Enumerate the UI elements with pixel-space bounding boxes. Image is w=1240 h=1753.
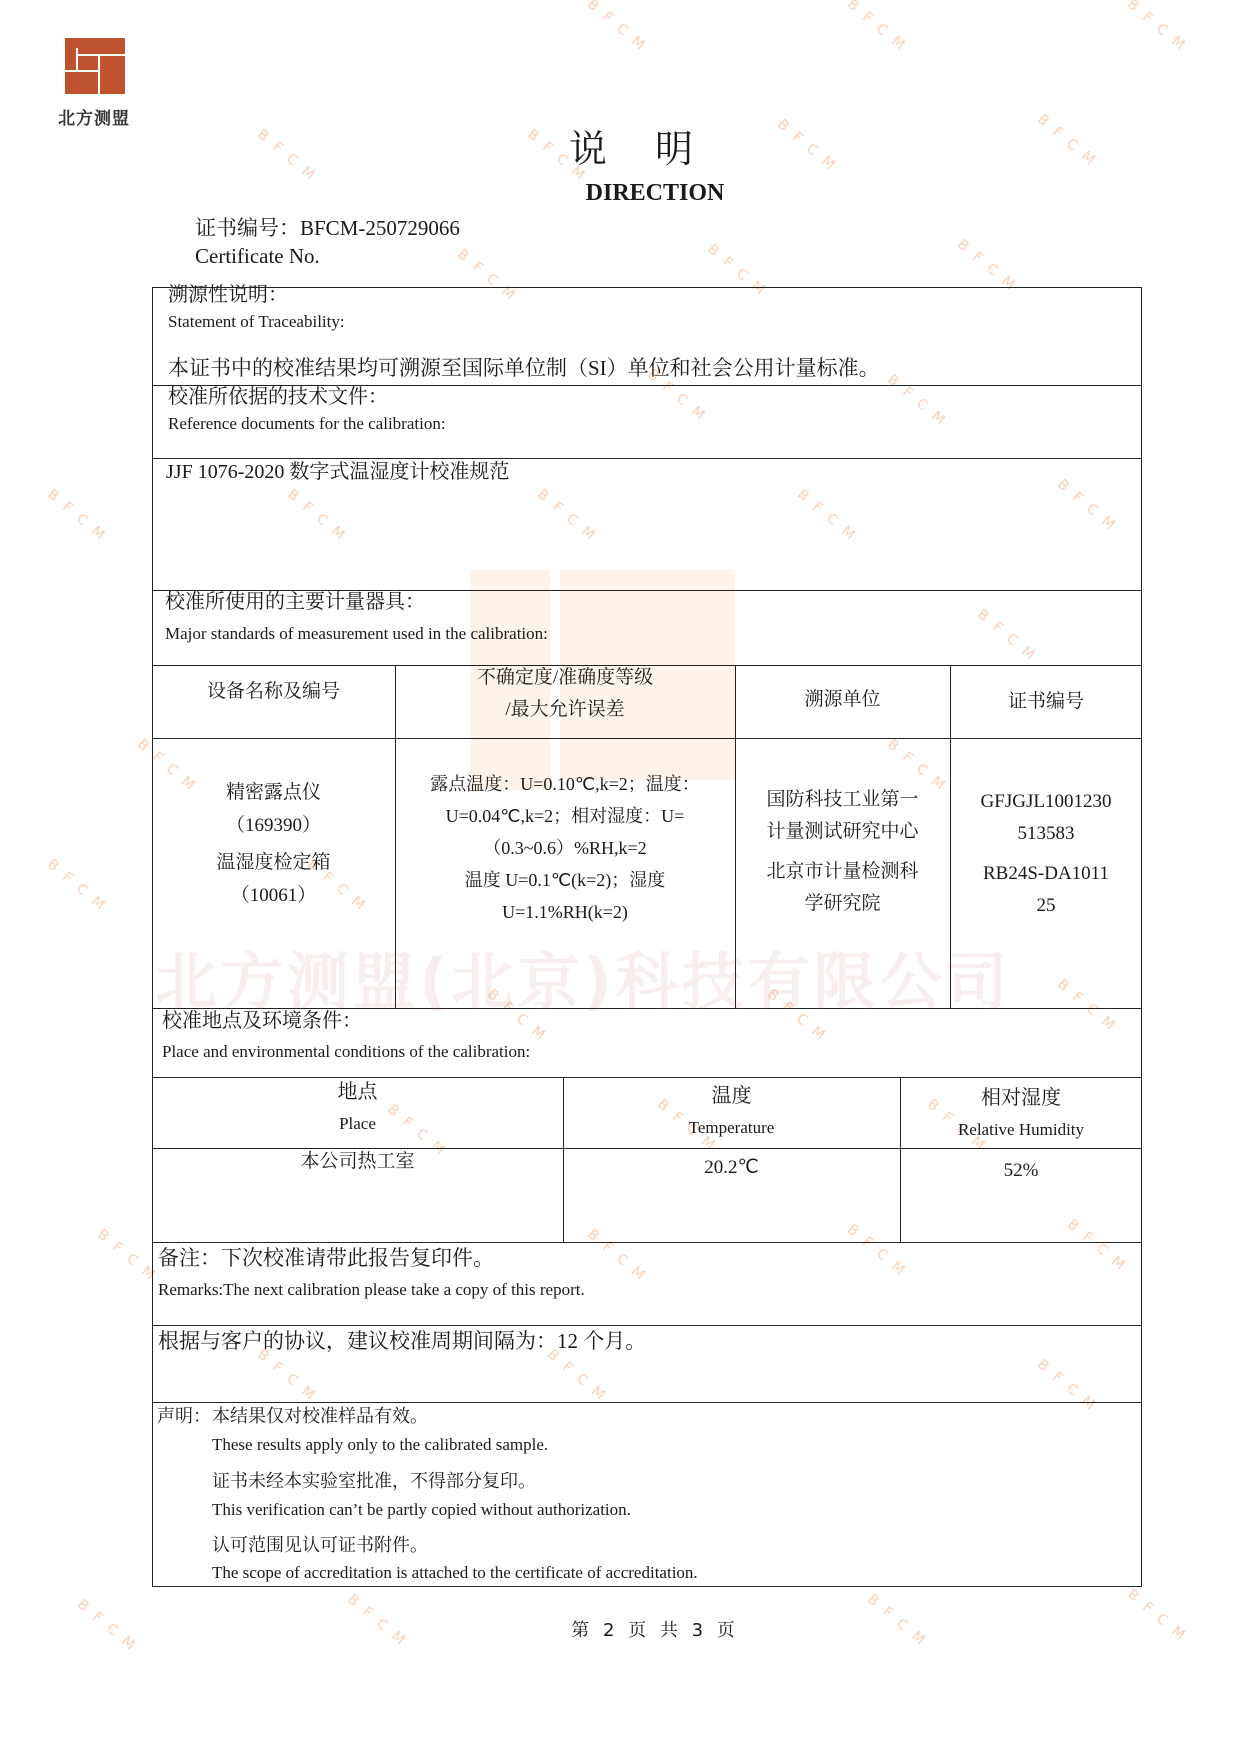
env-header-temperature: 温度 Temperature bbox=[563, 1080, 900, 1144]
page-title: 说明 bbox=[0, 118, 1240, 173]
column-header-traceable-to: 溯源单位 bbox=[735, 684, 950, 716]
equipment-cell: 精密露点仪 （169390） 温湿度检定箱 （10061） bbox=[152, 776, 395, 912]
calibration-interval: 根据与客户的协议，建议校准周期间隔为：12 个月。 bbox=[158, 1325, 646, 1355]
certificate-label: 证书编号： bbox=[195, 216, 300, 240]
watermark-bfcm: BFCM bbox=[44, 856, 115, 919]
remarks-cn: 备注：下次校准请带此报告复印件。 bbox=[158, 1242, 494, 1272]
traceability-heading-en: Statement of Traceability: bbox=[168, 312, 345, 332]
column-header-cert-number: 证书编号 bbox=[950, 686, 1142, 718]
env-value-place: 本公司热工室 bbox=[152, 1146, 563, 1178]
watermark-bfcm: BFCM bbox=[44, 486, 115, 549]
env-header-place: 地点 Place bbox=[152, 1076, 563, 1140]
reference-document: JJF 1076-2020 数字式温湿度计校准规范 bbox=[166, 455, 509, 484]
environment-heading-en: Place and environmental conditions of th… bbox=[162, 1042, 530, 1062]
standards-heading: 校准所使用的主要计量器具： bbox=[165, 585, 425, 614]
declaration-line: 本结果仅对校准样品有效。 bbox=[212, 1402, 428, 1428]
reference-heading-en: Reference documents for the calibration: bbox=[168, 414, 446, 434]
uncertainty-cell: 露点温度：U=0.10℃,k=2；温度： U=0.04℃,k=2；相对湿度：U=… bbox=[395, 768, 735, 928]
standards-heading-en: Major standards of measurement used in t… bbox=[165, 624, 548, 644]
traceability-heading: 溯源性说明： bbox=[168, 278, 288, 307]
column-header-equipment: 设备名称及编号 bbox=[152, 676, 395, 708]
declaration-line: 证书未经本实验室批准，不得部分复印。 bbox=[212, 1467, 536, 1493]
divider bbox=[152, 738, 1142, 739]
declaration-line: These results apply only to the calibrat… bbox=[212, 1435, 548, 1455]
env-value-humidity: 52% bbox=[900, 1155, 1142, 1187]
traceable-to-cell: 国防科技工业第一 计量测试研究中心 北京市计量检测科 学研究院 bbox=[735, 784, 950, 920]
declaration-label: 声明： bbox=[157, 1402, 211, 1428]
certificate-value: BFCM-250729066 bbox=[300, 216, 460, 240]
env-value-temperature: 20.2℃ bbox=[563, 1152, 900, 1184]
remarks-en: Remarks:The next calibration please take… bbox=[158, 1280, 585, 1300]
environment-heading: 校准地点及环境条件： bbox=[162, 1004, 362, 1033]
page-subtitle: DIRECTION bbox=[0, 180, 1240, 207]
certificate-number: 证书编号：BFCM-250729066 bbox=[195, 212, 460, 242]
page-number: 第 2 页 共 3 页 bbox=[0, 1616, 1240, 1642]
reference-heading: 校准所依据的技术文件： bbox=[168, 380, 388, 409]
declaration-line: The scope of accreditation is attached t… bbox=[212, 1563, 698, 1583]
watermark-bfcm: BFCM bbox=[584, 0, 655, 60]
declaration-line: This verification can’t be partly copied… bbox=[212, 1500, 631, 1520]
column-header-uncertainty: 不确定度/准确度等级 /最大允许误差 bbox=[395, 662, 735, 726]
watermark-bfcm: BFCM bbox=[1124, 0, 1195, 60]
traceability-statement: 本证书中的校准结果均可溯源至国际单位制（SI）单位和社会公用计量标准。 bbox=[168, 352, 880, 382]
watermark-bfcm: BFCM bbox=[844, 0, 915, 60]
env-header-humidity: 相对湿度 Relative Humidity bbox=[900, 1082, 1142, 1146]
company-logo bbox=[65, 38, 125, 94]
declaration-line: 认可范围见认可证书附件。 bbox=[212, 1531, 428, 1557]
certificate-label-en: Certificate No. bbox=[195, 244, 320, 269]
cert-number-cell: GFJGJL1001230 513583 RB24S-DA1011 25 bbox=[950, 786, 1142, 922]
